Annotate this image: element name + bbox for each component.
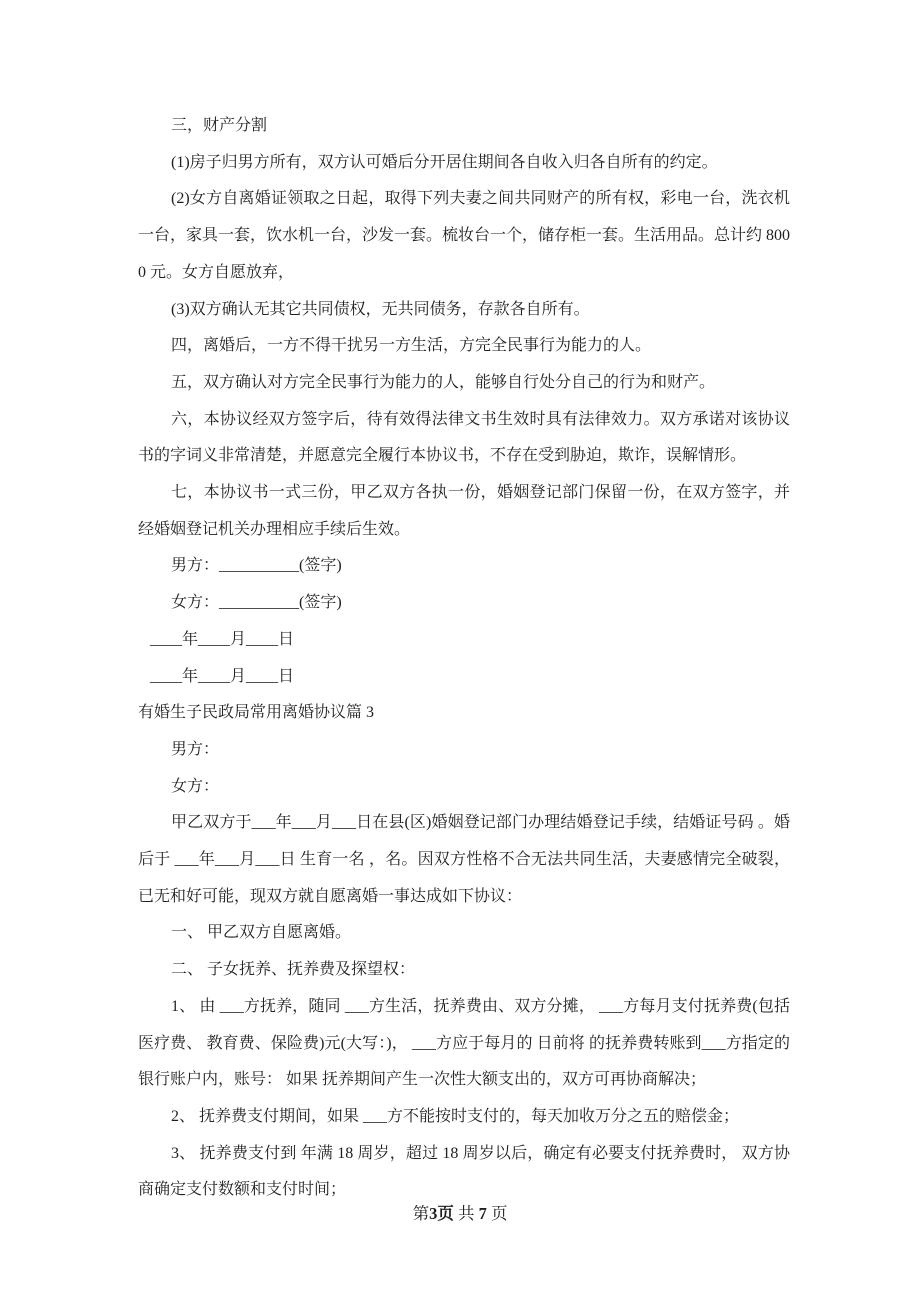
signature-line-female: 女方：__________(签字): [138, 585, 790, 622]
footer-suffix: 页: [487, 1204, 508, 1223]
footer-prefix: 第: [413, 1204, 430, 1223]
section-heading-property-division: 三，财产分割: [138, 108, 790, 145]
custody-clause-3: 3、 抚养费支付到 年满 18 周岁，超过 18 周岁以后，确定有必要支付抚养费…: [138, 1136, 790, 1209]
footer-middle: 共: [454, 1204, 479, 1223]
party-female-label: 女方：: [138, 769, 790, 806]
clause-seven: 七，本协议书一式三份，甲乙双方各执一份，婚姻登记部门保留一份，在双方签字，并经婚…: [138, 475, 790, 548]
party-male-label: 男方：: [138, 732, 790, 769]
section-title-agreement-3: 有婚生子民政局常用离婚协议篇 3: [138, 695, 790, 732]
clause-five: 五，双方确认对方完全民事行为能力的人，能够自行处分自己的行为和财产。: [138, 365, 790, 402]
agreement-item-one: 一、 甲乙双方自愿离婚。: [138, 915, 790, 952]
document-body: 三，财产分割 (1)房子归男方所有，双方认可婚后分开居住期间各自收入归各自所有的…: [138, 0, 790, 1209]
preamble-paragraph: 甲乙双方于___年___月___日在县(区)婚姻登记部门办理结婚登记手续，结婚证…: [138, 805, 790, 915]
footer-current-page: 3页: [429, 1204, 454, 1223]
agreement-item-two: 二、 子女抚养、抚养费及探望权：: [138, 952, 790, 989]
page-footer: 第3页 共 7 页: [0, 1203, 920, 1225]
clause-property-3: (3)双方确认无其它共同债权，无共同债务，存款各自所有。: [138, 292, 790, 329]
clause-property-1: (1)房子归男方所有，双方认可婚后分开居住期间各自收入归各自所有的约定。: [138, 145, 790, 182]
custody-clause-1: 1、 由 ___方抚养，随同 ___方生活，抚养费由、双方分摊， ___方每月支…: [138, 989, 790, 1099]
clause-four: 四，离婚后，一方不得干扰另一方生活，方完全民事行为能力的人。: [138, 328, 790, 365]
clause-property-2: (2)女方自离婚证领取之日起，取得下列夫妻之间共同财产的所有权，彩电一台，洗衣机…: [138, 181, 790, 291]
date-line-1: ____年____月____日: [138, 622, 790, 659]
footer-total-pages: 7: [479, 1204, 487, 1223]
clause-six: 六，本协议经双方签字后，待有效得法律文书生效时具有法律效力。双方承诺对该协议书的…: [138, 402, 790, 475]
signature-line-male: 男方：__________(签字): [138, 548, 790, 585]
document-page: 三，财产分割 (1)房子归男方所有，双方认可婚后分开居住期间各自收入归各自所有的…: [0, 0, 920, 1302]
date-line-2: ____年____月____日: [138, 659, 790, 696]
custody-clause-2: 2、 抚养费支付期间，如果 ___方不能按时支付的，每天加收万分之五的赔偿金；: [138, 1099, 790, 1136]
